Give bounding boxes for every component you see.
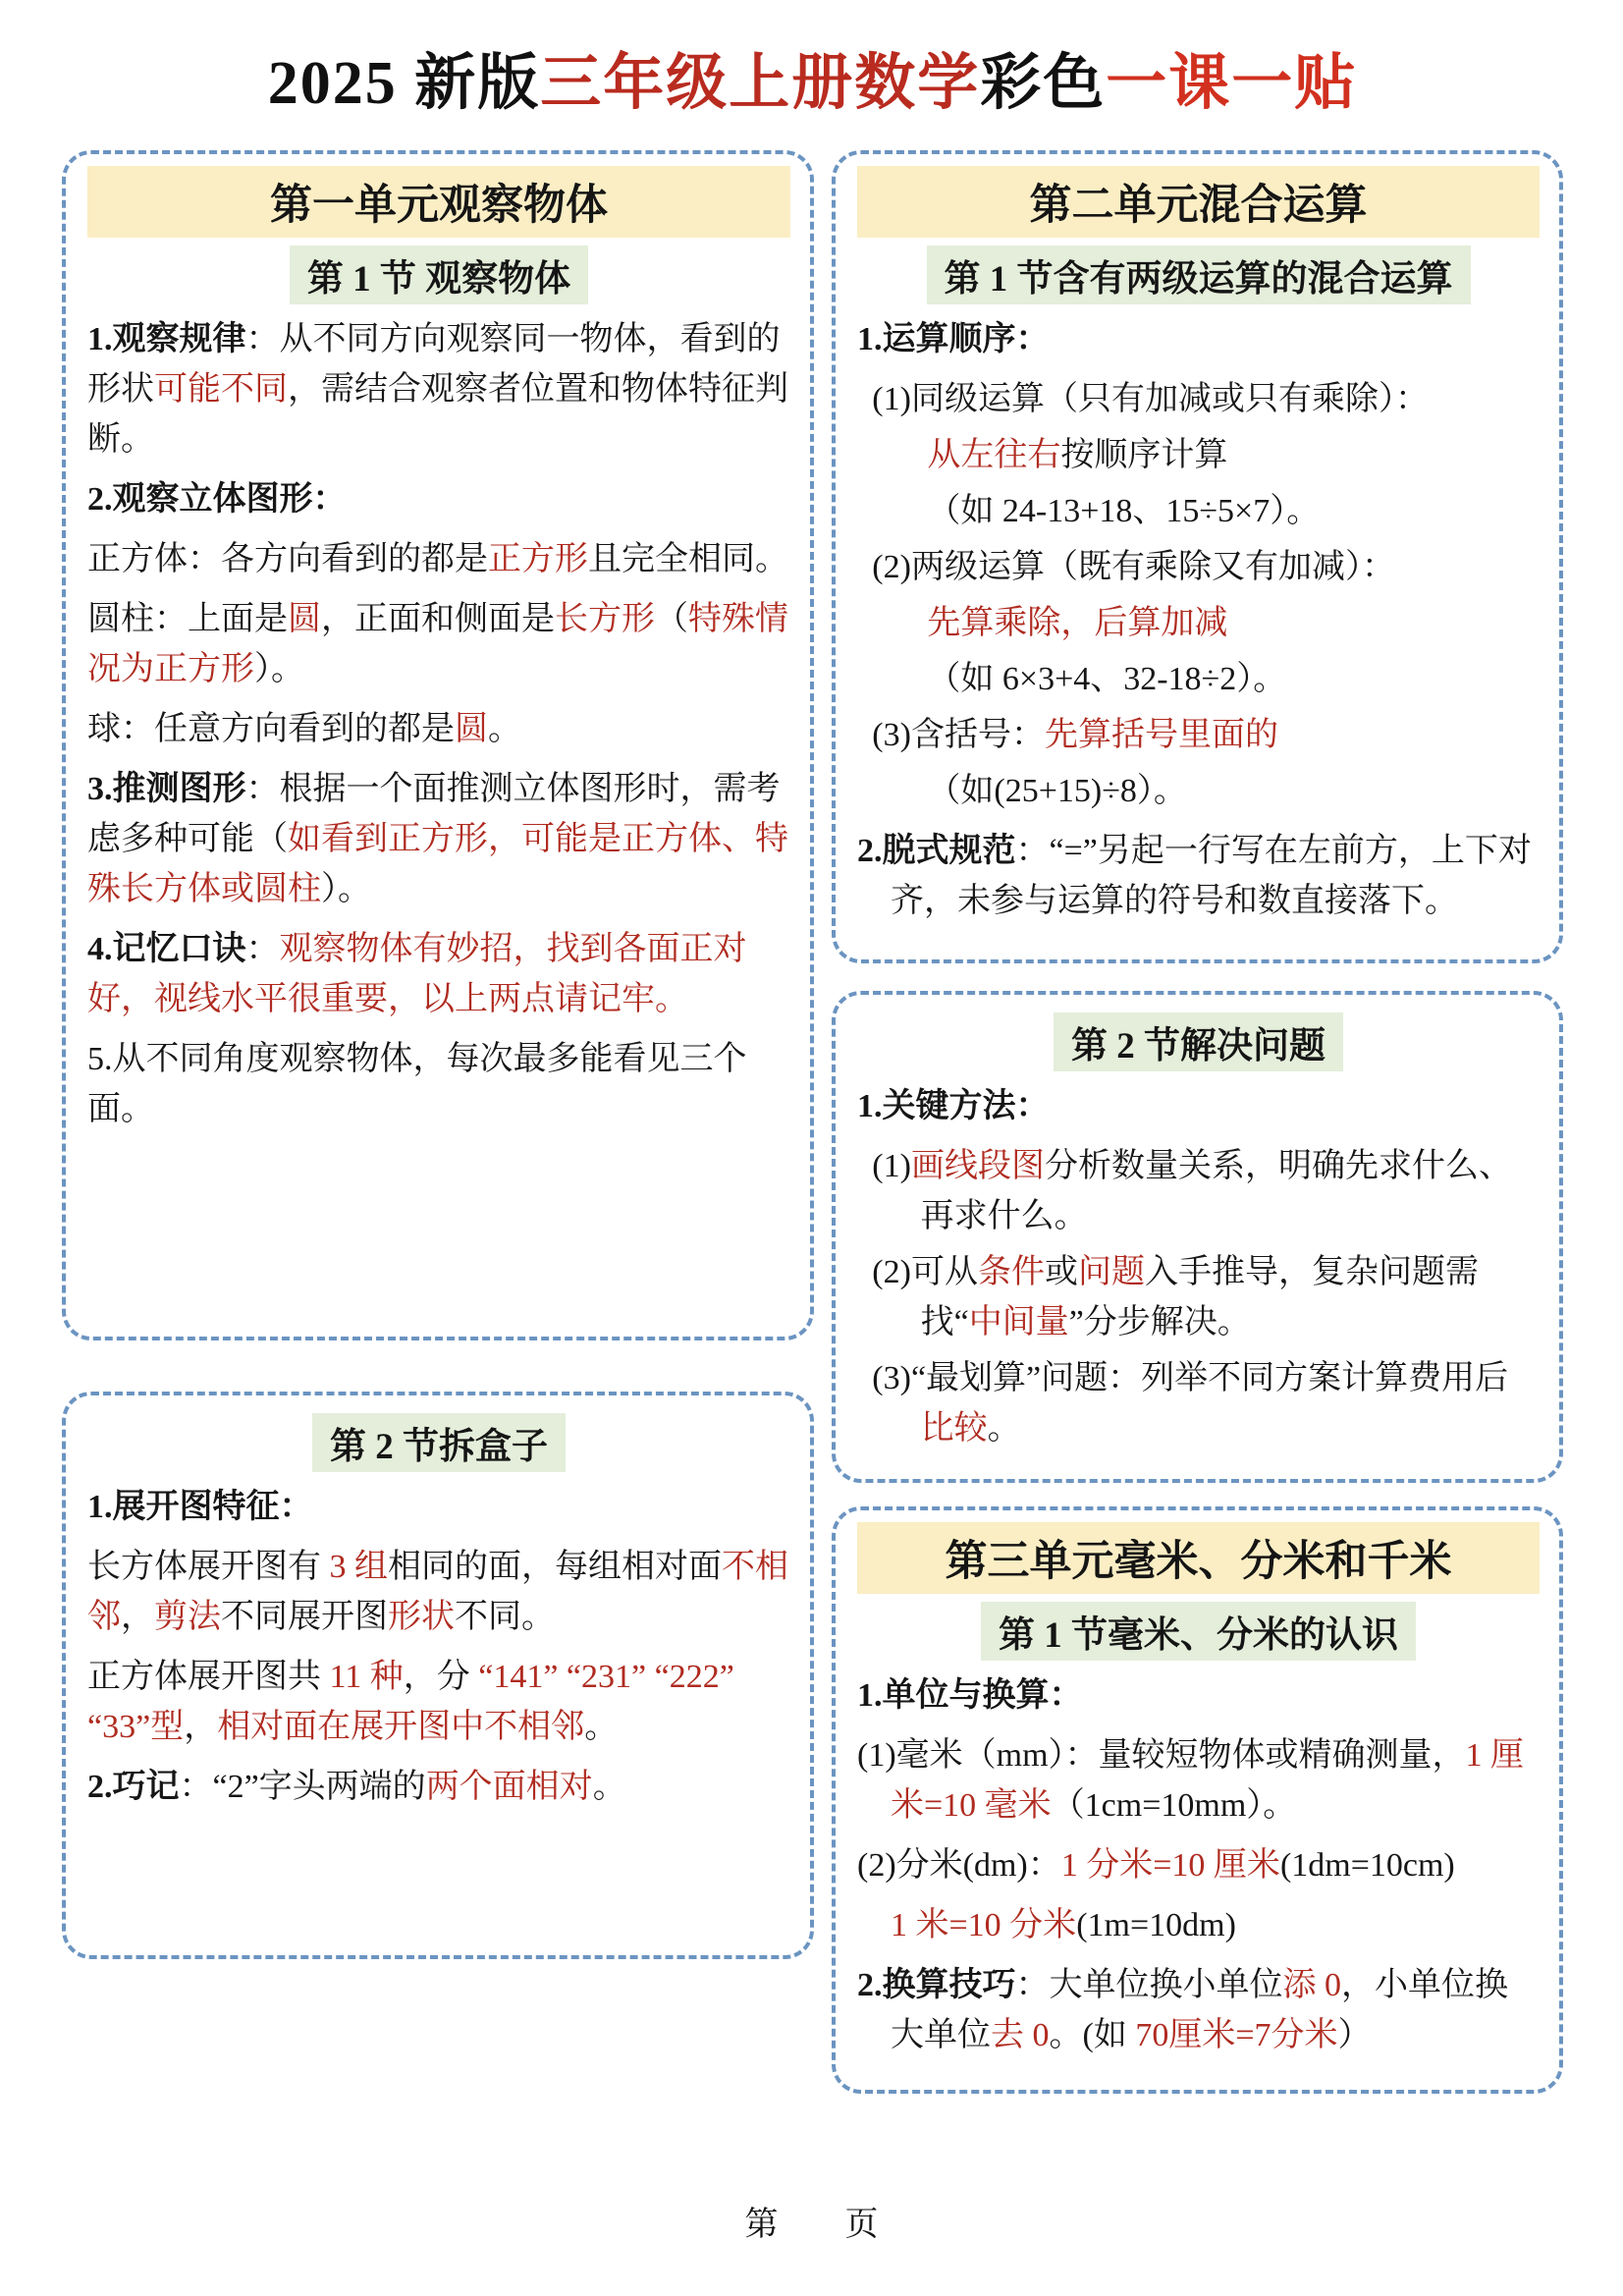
paragraph: 1.单位与换算： <box>857 1670 1540 1721</box>
paragraph: (2)两级运算（既有乘除又有加减）： <box>857 542 1540 592</box>
paragraph: 2.脱式规范：“=”另起一行写在左前方，上下对齐，未参与运算的符号和数直接落下。 <box>857 826 1540 926</box>
paragraph: 长方体展开图有 3 组相同的面，每组相对面不相邻，剪法不同展开图形状不同。 <box>87 1542 790 1642</box>
page-footer: 第 页 <box>0 2197 1623 2245</box>
body-text: ） <box>1338 2017 1372 2053</box>
body-text: (1)同级运算（只有加减或只有乘除）： <box>872 381 1429 417</box>
paragraph: 先算乘除，后算加减 <box>927 598 1540 648</box>
body-text: 相同的面，每组相对面 <box>388 1549 722 1585</box>
section-header-row: 第 1 节毫米、分米的认识 <box>857 1602 1540 1661</box>
red-emphasis-text: 先算括号里面的 <box>1045 717 1278 753</box>
paragraph: (1)毫米（mm）：量较短物体或精确测量，1 厘米=10 毫米（1cm=10mm… <box>857 1730 1540 1831</box>
unit-box-unit1-observing-objects: 第一单元观察物体第 1 节 观察物体1.观察规律：从不同方向观察同一物体，看到的… <box>62 150 814 1340</box>
bold-label-text: 1.单位与换算： <box>857 1677 1083 1714</box>
paragraph: 正方体：各方向看到的都是正方形且完全相同。 <box>87 534 790 584</box>
paragraph: (1)同级运算（只有加减或只有乘除）： <box>857 374 1540 424</box>
title-segment: 三年级上册数学 <box>540 50 980 117</box>
red-emphasis-text: 从左往右 <box>927 437 1060 473</box>
red-emphasis-text: 1 米=10 分米 <box>891 1907 1076 1943</box>
two-column-layout: 第一单元观察物体第 1 节 观察物体1.观察规律：从不同方向观察同一物体，看到的… <box>62 150 1563 2094</box>
body-text: ：“2”字头两端的 <box>180 1769 426 1805</box>
body-text: 。 <box>584 1709 618 1745</box>
bold-label-text: 2.换算技巧 <box>857 1967 1016 2003</box>
paragraph: 1.运算顺序： <box>857 314 1540 364</box>
right-column: 第二单元混合运算第 1 节含有两级运算的混合运算1.运算顺序：(1)同级运算（只… <box>832 150 1563 2094</box>
body-text: （如(25+15)÷8）。 <box>927 773 1186 809</box>
body-text: ： <box>246 931 280 967</box>
paragraph: 球：任意方向看到的都是圆。 <box>87 704 790 754</box>
section-header-row: 第 1 节含有两级运算的混合运算 <box>857 246 1540 304</box>
body-text: ：大单位换小单位 <box>1016 1967 1283 2003</box>
red-emphasis-text: 中间量 <box>969 1304 1069 1340</box>
bold-label-text: 3.推测图形 <box>87 771 246 807</box>
body-text: (2)可从 <box>872 1254 978 1290</box>
paragraph: (2)分米(dm)：1 分米=10 厘米(1dm=10cm) <box>857 1840 1540 1890</box>
body-text: 。 <box>988 1410 1021 1447</box>
body-text: (2)两级运算（既有乘除又有加减）： <box>872 549 1395 585</box>
red-emphasis-text: 条件 <box>978 1254 1045 1290</box>
bold-label-text: 1.观察规律 <box>87 321 246 357</box>
paragraph: 2.巧记：“2”字头两端的两个面相对。 <box>87 1762 790 1812</box>
body-text: 正方体展开图共 <box>87 1659 330 1695</box>
red-emphasis-text: 正方形 <box>488 541 588 577</box>
body-text: （ <box>655 601 688 637</box>
section-header-row: 第 2 节解决问题 <box>857 1012 1540 1071</box>
section-header: 第 1 节毫米、分米的认识 <box>981 1602 1416 1661</box>
body-text: 5.从不同角度观察物体，每次最多能看见三个面。 <box>87 1041 747 1127</box>
title-segment: 一课一贴 <box>1106 50 1357 117</box>
paragraph: 3.推测图形：根据一个面推测立体图形时，需考虑多种可能（如看到正方形，可能是正方… <box>87 764 790 914</box>
paragraph: (2)可从条件或问题入手推导，复杂问题需找“中间量”分步解决。 <box>857 1247 1540 1347</box>
paragraph: (3)“最划算”问题：列举不同方案计算费用后比较。 <box>857 1353 1540 1453</box>
unit-header: 第二单元混合运算 <box>857 166 1540 238</box>
paragraph: 1.关键方法： <box>857 1081 1540 1131</box>
body-text: 。(如 <box>1050 2017 1136 2053</box>
paragraph: 正方体展开图共 11 种，分 “141” “231” “222” “33”型，相… <box>87 1652 790 1752</box>
body-text: (1) <box>872 1148 911 1184</box>
section-header-row: 第 1 节 观察物体 <box>87 246 790 304</box>
body-text: (3)含括号： <box>872 717 1045 753</box>
body-text: ”分步解决。 <box>1069 1304 1251 1340</box>
red-emphasis-text: 去 0 <box>991 2017 1050 2053</box>
paragraph: 2.换算技巧：大单位换小单位添 0，小单位换大单位去 0。(如 70厘米=7分米… <box>857 1960 1540 2060</box>
page-title: 2025 新版三年级上册数学彩色一课一贴 <box>62 33 1563 121</box>
left-column: 第一单元观察物体第 1 节 观察物体1.观察规律：从不同方向观察同一物体，看到的… <box>62 150 814 1959</box>
bold-label-text: 2.观察立体图形： <box>87 481 347 518</box>
section-header: 第 2 节解决问题 <box>1054 1012 1343 1071</box>
red-emphasis-text: 两个面相对 <box>426 1769 593 1805</box>
section-header: 第 2 节拆盒子 <box>312 1413 566 1472</box>
red-emphasis-text: 圆 <box>455 711 488 747</box>
bold-label-text: 2.巧记 <box>87 1769 180 1805</box>
body-text: ，正面和侧面是 <box>321 601 555 637</box>
body-text: 圆柱：上面是 <box>87 601 288 637</box>
red-emphasis-text: 可能不同 <box>154 371 288 408</box>
body-text: （1cm=10mm）。 <box>1052 1787 1297 1824</box>
paragraph: 4.记忆口诀：观察物体有妙招，找到各面正对好，视线水平很重要，以上两点请记牢。 <box>87 924 790 1024</box>
unit-box-unit1-section2-unfolding-boxes: 第 2 节拆盒子1.展开图特征：长方体展开图有 3 组相同的面，每组相对面不相邻… <box>62 1392 814 1959</box>
body-text: (1dm=10cm) <box>1280 1847 1455 1884</box>
red-emphasis-text: 11 种 <box>330 1659 404 1695</box>
red-emphasis-text: 问题 <box>1078 1254 1145 1290</box>
paragraph: 从左往右按顺序计算 <box>927 430 1540 480</box>
body-text: 。 <box>488 711 521 747</box>
body-text: 正方体：各方向看到的都是 <box>87 541 488 577</box>
paragraph: 2.观察立体图形： <box>87 474 790 524</box>
title-segment: 彩色 <box>980 50 1106 117</box>
unit-box-unit2-mixed-operations: 第二单元混合运算第 1 节含有两级运算的混合运算1.运算顺序：(1)同级运算（只… <box>832 150 1563 963</box>
body-text: (2)分米(dm)： <box>857 1847 1061 1884</box>
body-text: (1m=10dm) <box>1076 1907 1236 1943</box>
red-emphasis-text: 画线段图 <box>911 1148 1045 1184</box>
red-emphasis-text: 形状 <box>388 1599 455 1635</box>
body-text: ， <box>184 1709 217 1745</box>
red-emphasis-text: 长方形 <box>555 601 655 637</box>
body-text: 不同。 <box>455 1599 555 1635</box>
red-emphasis-text: 1 分米=10 厘米 <box>1061 1847 1280 1884</box>
body-text: ，分 <box>404 1659 479 1695</box>
paragraph: 1.展开图特征： <box>87 1482 790 1532</box>
red-emphasis-text: 相对面在展开图中不相邻 <box>217 1709 584 1745</box>
body-text: （如 24-13+18、15÷5×7）。 <box>927 493 1320 529</box>
paragraph: (1)画线段图分析数量关系，明确先求什么、再求什么。 <box>857 1141 1540 1241</box>
bold-label-text: 2.脱式规范 <box>857 833 1016 869</box>
body-text: 长方体展开图有 <box>87 1549 330 1585</box>
body-text: 按顺序计算 <box>1060 437 1227 473</box>
body-text: 或 <box>1045 1254 1078 1290</box>
unit-header: 第三单元毫米、分米和千米 <box>857 1522 1540 1594</box>
bold-label-text: 1.运算顺序： <box>857 321 1050 357</box>
paragraph: 圆柱：上面是圆，正面和侧面是长方形（特殊情况为正方形）。 <box>87 594 790 694</box>
body-text: 球：任意方向看到的都是 <box>87 711 455 747</box>
unit-box-unit2-section2-problem-solving: 第 2 节解决问题1.关键方法：(1)画线段图分析数量关系，明确先求什么、再求什… <box>832 991 1563 1483</box>
paragraph: （如(25+15)÷8）。 <box>927 766 1540 816</box>
paragraph: （如 24-13+18、15÷5×7）。 <box>927 486 1540 536</box>
paragraph: 5.从不同角度观察物体，每次最多能看见三个面。 <box>87 1034 790 1134</box>
red-emphasis-text: 先算乘除，后算加减 <box>927 605 1227 641</box>
section-header: 第 1 节 观察物体 <box>290 246 588 304</box>
body-text: 且完全相同。 <box>588 541 788 577</box>
red-emphasis-text: 3 组 <box>330 1549 389 1585</box>
paragraph: （如 6×3+4、32-18÷2）。 <box>927 654 1540 704</box>
red-emphasis-text: 剪法 <box>154 1599 221 1635</box>
body-text: (1)毫米（mm）：量较短物体或精确测量， <box>857 1737 1466 1774</box>
body-text: (3)“最划算”问题：列举不同方案计算费用后 <box>872 1360 1508 1396</box>
section-header: 第 1 节含有两级运算的混合运算 <box>927 246 1471 304</box>
red-emphasis-text: 添 0 <box>1283 1967 1342 2003</box>
paragraph: 1 米=10 分米(1m=10dm) <box>891 1900 1540 1950</box>
paragraph: (3)含括号：先算括号里面的 <box>857 710 1540 760</box>
title-segment: 2025 新版 <box>268 50 541 117</box>
body-text: 。 <box>593 1769 626 1805</box>
body-text: 不同展开图 <box>221 1599 388 1635</box>
body-text: （如 6×3+4、32-18÷2）。 <box>927 661 1286 697</box>
red-emphasis-text: 圆 <box>288 601 321 637</box>
unit-box-unit3-mm-dm-km: 第三单元毫米、分米和千米第 1 节毫米、分米的认识1.单位与换算：(1)毫米（m… <box>832 1506 1563 2094</box>
bold-label-text: 1.关键方法： <box>857 1088 1050 1124</box>
red-emphasis-text: 比较 <box>921 1410 988 1447</box>
section-header-row: 第 2 节拆盒子 <box>87 1413 790 1472</box>
red-emphasis-text: 70厘米=7分米 <box>1135 2017 1337 2053</box>
body-text: ）。 <box>254 651 304 687</box>
unit-header: 第一单元观察物体 <box>87 166 790 238</box>
study-sheet-page: 2025 新版三年级上册数学彩色一课一贴 第一单元观察物体第 1 节 观察物体1… <box>0 0 1623 2094</box>
bold-label-text: 1.展开图特征： <box>87 1489 313 1525</box>
bold-label-text: 4.记忆口诀 <box>87 931 246 967</box>
paragraph: 1.观察规律：从不同方向观察同一物体，看到的形状可能不同，需结合观察者位置和物体… <box>87 314 790 465</box>
body-text: ， <box>121 1599 154 1635</box>
body-text: ）。 <box>321 871 371 907</box>
